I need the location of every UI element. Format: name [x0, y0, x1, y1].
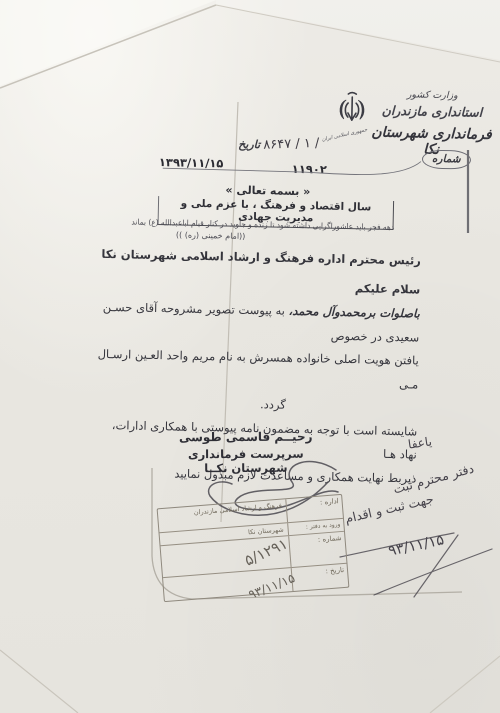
body-line-1: باصلوات برمحمدوآل محمد، به پیوست تصویر م…: [97, 296, 420, 350]
quote-attribution: ((امام خمینی (ره) )): [176, 230, 246, 240]
besmele-line: « بسمه تعالی »: [225, 183, 310, 198]
stamp-number-handwritten: ۵/۱۲۹۱: [241, 535, 290, 572]
date-label: تاریخ: [238, 138, 260, 151]
signature-title: سرپرست فرمانداری شهرستان نکــا: [163, 447, 329, 476]
province-line: استانداری مازندران: [368, 102, 496, 120]
typed-date: ۱۳۹۳/۱۱/۱۵: [159, 155, 224, 170]
letterhead: وزارت کشور استانداری مازندران فرمانداری …: [367, 88, 496, 159]
scanned-letter-page: وزارت کشور استانداری مازندران فرمانداری …: [0, 0, 500, 713]
body-line-2: یافتن هویت اصلی خانواده همسرش به نام مری…: [96, 343, 419, 397]
stamp-department-label: اداره :: [285, 495, 343, 522]
signature-block: رحیــم قاسمی طوسی سرپرست فرمانداری شهرست…: [163, 430, 329, 476]
typed-number: ۱۱۹۰۲: [292, 162, 327, 177]
ministry-line: وزارت کشور: [368, 88, 496, 102]
number-label: شماره: [422, 150, 471, 170]
reference-number-handwritten: ۸۶۴۷ / ۱ /: [263, 136, 320, 153]
recipient-line: رئیس محترم اداره فرهنگ و ارشاد اسلامی شه…: [99, 243, 421, 273]
stamp-date-label: تاریخ :: [291, 564, 349, 591]
signature-name: رحیــم قاسمی طوسی: [163, 430, 329, 445]
letter-content: وزارت کشور استانداری مازندران فرمانداری …: [0, 0, 500, 713]
opening-phrase: باصلوات برمحمدوآل محمد،: [288, 304, 419, 321]
registry-stamp: اداره : فرهنگ و ارشاد اسلامی مازندران ور…: [157, 494, 350, 602]
stamp-number-label: شماره :: [288, 532, 346, 567]
